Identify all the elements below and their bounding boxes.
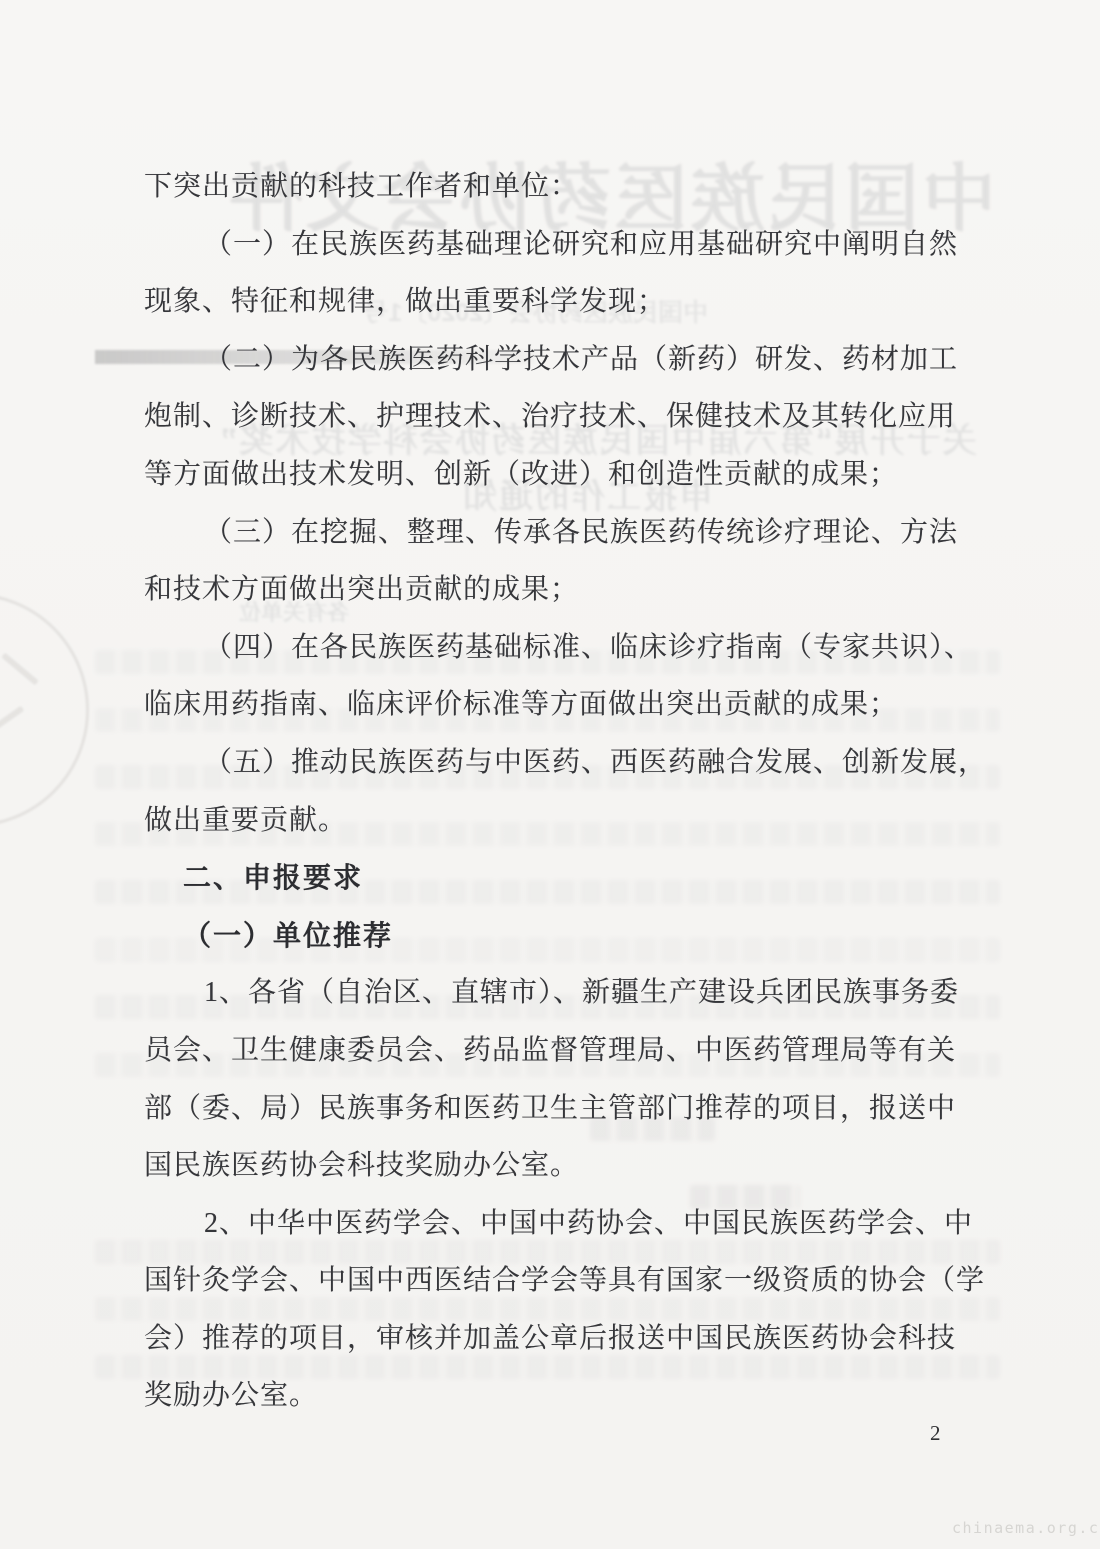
document-text-line: 和技术方面做出突出贡献的成果；	[144, 561, 964, 619]
document-text-line: 2、中华中医药学会、中国中药协会、中国民族医药学会、中	[144, 1195, 964, 1253]
document-text-line: 会）推荐的项目，审核并加盖公章后报送中国民族医药协会科技	[144, 1310, 964, 1368]
document-text-line: （一）在民族医药基础理论研究和应用基础研究中阐明自然	[144, 216, 964, 274]
document-heading-line: 二、申报要求	[144, 849, 964, 907]
document-text-line: 奖励办公室。	[144, 1367, 964, 1425]
document-text-line: 国民族医药协会科技奖励办公室。	[144, 1137, 964, 1195]
document-heading-line: （一）单位推荐	[144, 907, 964, 965]
document-text-line: 临床用药指南、临床评价标准等方面做出突出贡献的成果；	[144, 676, 964, 734]
document-text-line: 员会、卫生健康委员会、药品监督管理局、中医药管理局等有关	[144, 1022, 964, 1080]
document-text-line: 国针灸学会、中国中西医结合学会等具有国家一级资质的协会（学	[144, 1252, 964, 1310]
document-text-line: 1、各省（自治区、直辖市）、新疆生产建设兵团民族事务委	[144, 964, 964, 1022]
document-text-line: 下突出贡献的科技工作者和单位：	[144, 158, 964, 216]
document-text-line: （二）为各民族医药科学技术产品（新药）研发、药材加工	[144, 331, 964, 389]
document-text-line: 等方面做出技术发明、创新（改进）和创造性贡献的成果；	[144, 446, 964, 504]
document-text-line: （四）在各民族医药基础标准、临床诊疗指南（专家共识）、	[144, 619, 964, 677]
site-watermark: chinaema.org.cn	[952, 1519, 1100, 1537]
scanned-document-page: 中国民族医药协会文件 中国民族医药协会〔2020〕1号 关于开展“第六届中国民族…	[0, 0, 1100, 1549]
document-text-line: 部（委、局）民族事务和医药卫生主管部门推荐的项目，报送中	[144, 1080, 964, 1138]
document-text-line: （五）推动民族医药与中医药、西医药融合发展、创新发展，	[144, 734, 964, 792]
stamp-mark	[0, 706, 24, 733]
document-text-line: （三）在挖掘、整理、传承各民族医药传统诊疗理论、方法	[144, 504, 964, 562]
stamp-mark	[1, 653, 39, 686]
document-text-line: 炮制、诊断技术、护理技术、治疗技术、保健技术及其转化应用	[144, 388, 964, 446]
page-number: 2	[930, 1421, 941, 1446]
document-text-line: 做出重要贡献。	[144, 792, 964, 850]
document-body: 下突出贡献的科技工作者和单位：（一）在民族医药基础理论研究和应用基础研究中阐明自…	[144, 158, 964, 1425]
document-text-line: 现象、特征和规律，做出重要科学发现；	[144, 273, 964, 331]
stamp-bleed-through-icon	[0, 593, 89, 827]
